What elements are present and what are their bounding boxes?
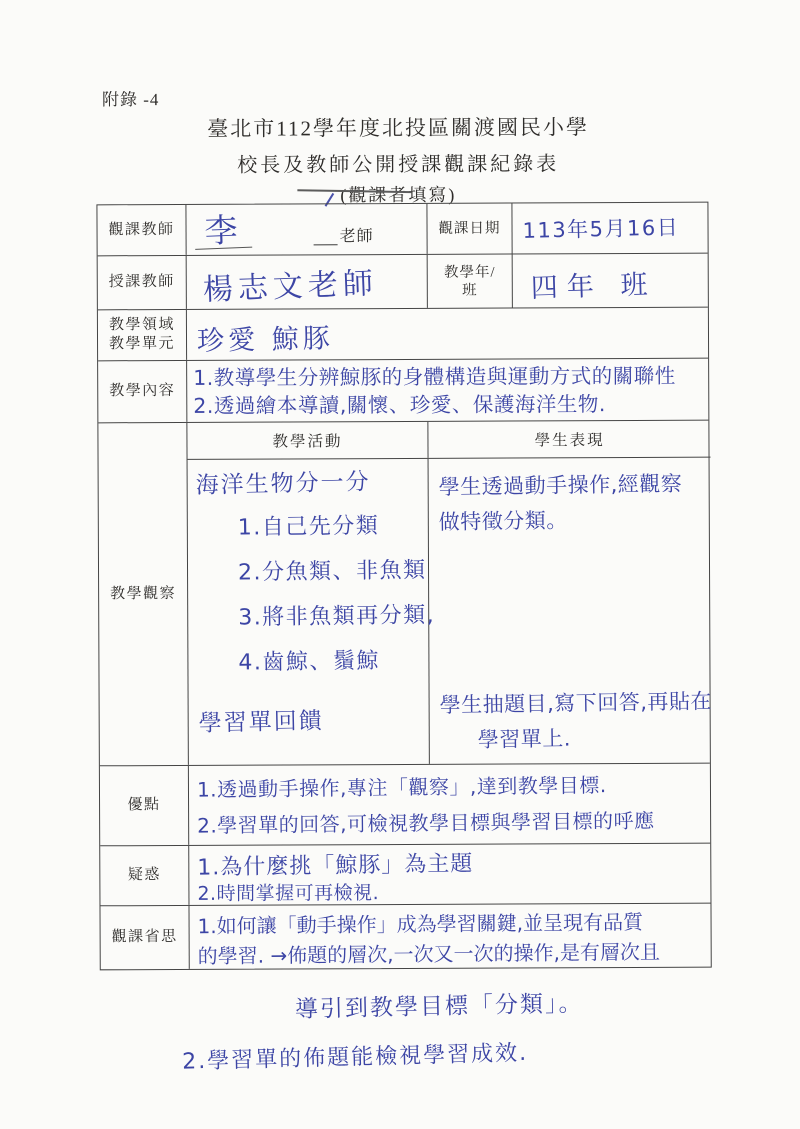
observation-body: 海洋生物分一分 1.自己先分類 2.分魚類、非魚類 3.將非魚類再分類, 4.齒… bbox=[188, 458, 713, 765]
row-observer: 觀課教師 李 老師 觀課日期 113年5月16日 bbox=[97, 203, 707, 256]
form-title-school: 臺北市112學年度北投區關渡國民小學 bbox=[0, 110, 798, 143]
activity-title-handwritten: 海洋生物分一分 bbox=[195, 467, 428, 501]
appendix-label: 附錄 -4 bbox=[102, 85, 160, 110]
performance-column: 學生透過動手操作,經觀察 做特徵分類。 學生抽題目,寫下回答,再貼在 學習單上. bbox=[428, 458, 713, 764]
observer-name-cell: 李 老師 bbox=[186, 204, 426, 255]
content-line1-handwritten: 1.教導學生分辨鯨豚的身體構造與運動方式的關聯性 bbox=[193, 362, 708, 392]
grade-value-cell: 四年 班 bbox=[513, 254, 708, 308]
reflection-label: 觀課省思 bbox=[100, 906, 189, 969]
performance-line1-handwritten: 學生透過動手操作,經觀察 bbox=[438, 466, 711, 505]
row-instructor: 授課教師 楊志文老師 教學年/ 班 四年 班 bbox=[98, 253, 708, 310]
form-title-record: 校長及教師公開授課觀課紀錄表 bbox=[0, 146, 798, 178]
domain-value-handwritten: 珍愛 鯨豚 bbox=[197, 316, 334, 358]
reflection-line1-handwritten: 1.如何讓「動手操作」成為學習關鍵,並呈現有品質 bbox=[197, 906, 710, 941]
content-line2-handwritten: 2.透過繪本導讀,關懷、珍愛、保護海洋生物. bbox=[193, 390, 708, 420]
content-label: 教學內容 bbox=[98, 361, 187, 422]
activity-column: 海洋生物分一分 1.自己先分類 2.分魚類、非魚類 3.將非魚類再分類, 4.齒… bbox=[188, 459, 429, 765]
reflection-overflow-line2-handwritten: 2.學習單的佈題能檢視學習成效. bbox=[182, 1036, 529, 1076]
grade-label: 教學年/ 班 bbox=[427, 255, 513, 308]
doubts-line1-handwritten: 1.為什麼挑「鯨豚」為主題 bbox=[197, 845, 710, 884]
reflection-value-cell: 1.如何讓「動手操作」成為學習關鍵,並呈現有品質 的學習. →佈題的層次,一次又… bbox=[189, 904, 710, 969]
instructor-name-handwritten: 楊志文老師 bbox=[202, 258, 379, 309]
row-content: 教學內容 1.教導學生分辨鯨豚的身體構造與運動方式的關聯性 2.透過繪本導讀,關… bbox=[98, 358, 708, 423]
performance-line4-handwritten: 學習單上. bbox=[478, 719, 713, 757]
activity-step1-handwritten: 1.自己先分類 bbox=[238, 511, 428, 542]
grade-label-line2: 班 bbox=[462, 281, 478, 299]
reflection-overflow-line1-handwritten: 導引到教學目標「分類」。 bbox=[295, 985, 584, 1024]
strengths-line1-handwritten: 1.透過動手操作,專注「觀察」,達到教學目標. bbox=[197, 766, 710, 808]
instructor-name-cell: 楊志文老師 bbox=[187, 255, 427, 309]
performance-line3-handwritten: 學生抽題目,寫下回答,再貼在 bbox=[439, 684, 712, 723]
activity-column-header: 教學活動 bbox=[187, 422, 427, 459]
date-value-handwritten: 113年5月16日 bbox=[522, 211, 679, 244]
domain-label-line1: 教學領域 bbox=[109, 316, 175, 335]
grade-label-line1: 教學年/ bbox=[444, 263, 496, 281]
observer-name-handwritten: 李 bbox=[194, 213, 252, 250]
performance-line2-handwritten: 做特徵分類。 bbox=[439, 501, 712, 540]
row-reflection: 觀課省思 1.如何讓「動手操作」成為學習關鍵,並呈現有品質 的學習. →佈題的層… bbox=[100, 903, 710, 970]
row-observation: 教學觀察 教學活動 學生表現 海洋生物分一分 1.自己先分類 2.分魚類、非魚類… bbox=[98, 420, 709, 766]
observation-subheader: 教學活動 學生表現 bbox=[187, 421, 711, 460]
domain-label: 教學領域 教學單元 bbox=[98, 310, 187, 360]
activity-step3-handwritten: 3.將非魚類再分類, bbox=[238, 601, 428, 632]
date-label: 觀課日期 bbox=[426, 204, 512, 254]
strengths-line2-handwritten: 2.學習單的回答,可檢視教學目標與學習目標的呼應 bbox=[197, 802, 710, 844]
domain-value-cell: 珍愛 鯨豚 bbox=[187, 308, 708, 360]
instructor-label: 授課教師 bbox=[98, 256, 187, 309]
observation-record-table: 觀課教師 李 老師 觀課日期 113年5月16日 授課教師 楊志文老師 教學年/… bbox=[96, 202, 711, 971]
activity-step2-handwritten: 2.分魚類、非魚類 bbox=[238, 556, 428, 587]
observation-label: 教學觀察 bbox=[98, 423, 188, 765]
row-domain: 教學領域 教學單元 珍愛 鯨豚 bbox=[98, 307, 708, 361]
strengths-label: 優點 bbox=[100, 766, 189, 845]
observer-suffix: 老師 bbox=[340, 223, 374, 246]
strengths-value-cell: 1.透過動手操作,專注「觀察」,達到教學目標. 2.學習單的回答,可檢視教學目標… bbox=[189, 764, 710, 845]
row-doubts: 疑惑 1.為什麼挑「鯨豚」為主題 2.時間掌握可再檢視. bbox=[100, 843, 710, 906]
grade-value-handwritten: 四年 班 bbox=[530, 262, 657, 305]
date-value-cell: 113年5月16日 bbox=[512, 203, 707, 254]
content-value-cell: 1.教導學生分辨鯨豚的身體構造與運動方式的關聯性 2.透過繪本導讀,關懷、珍愛、… bbox=[187, 359, 708, 422]
observer-label: 觀課教師 bbox=[97, 205, 186, 255]
doubts-label: 疑惑 bbox=[100, 846, 189, 905]
scanned-form-sheet: 附錄 -4 臺北市112學年度北投區關渡國民小學 校長及教師公開授課觀課紀錄表 … bbox=[0, 0, 800, 1129]
performance-column-header: 學生表現 bbox=[427, 421, 711, 458]
observation-subtable: 教學活動 學生表現 海洋生物分一分 1.自己先分類 2.分魚類、非魚類 3.將非… bbox=[187, 421, 712, 765]
row-strengths: 優點 1.透過動手操作,專注「觀察」,達到教學目標. 2.學習單的回答,可檢視教… bbox=[100, 763, 710, 846]
doubts-value-cell: 1.為什麼挑「鯨豚」為主題 2.時間掌握可再檢視. bbox=[189, 844, 710, 905]
activity-footer-handwritten: 學習單回饋 bbox=[198, 704, 429, 739]
reflection-line2-handwritten: 的學習. →佈題的層次,一次又一次的操作,是有層次且 bbox=[198, 936, 711, 971]
domain-label-line2: 教學單元 bbox=[109, 335, 175, 354]
name-blank-underline bbox=[314, 224, 338, 245]
activity-step4-handwritten: 4.齒鯨、鬚鯨 bbox=[238, 646, 428, 677]
